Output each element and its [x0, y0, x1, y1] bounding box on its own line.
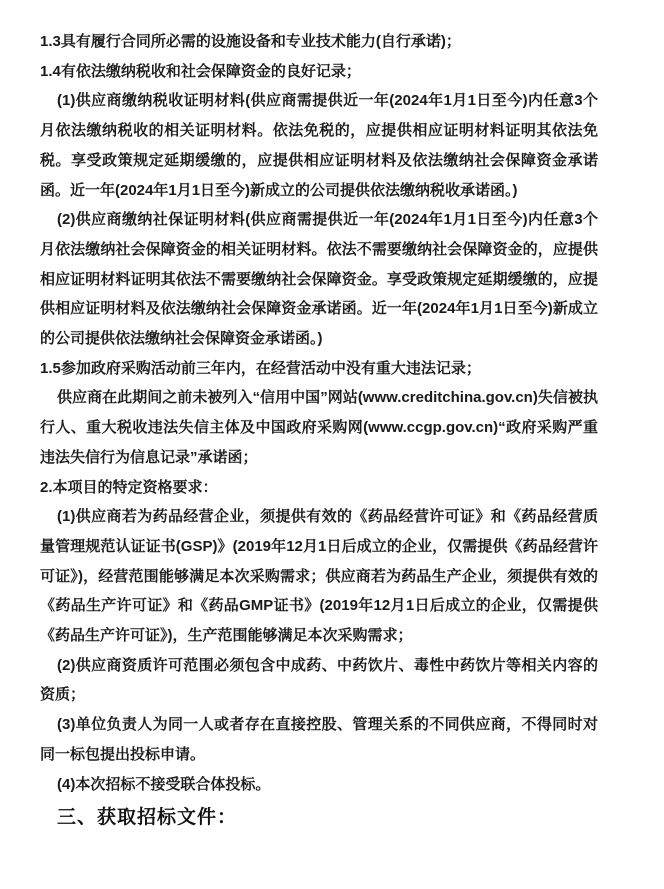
document-page: 1.3具有履行合同所必需的设施设备和专业技术能力(自行承诺)； 1.4有依法缴纳…	[0, 0, 664, 889]
clause-drug-business-license: (1)供应商若为药品经营企业，须提供有效的《药品经营许可证》和《药品经营质量管理…	[40, 502, 598, 651]
clause-credit-china-commitment: 供应商在此期间之前未被列入“信用中国”网站(www.creditchina.go…	[40, 383, 598, 472]
document-body: 1.3具有履行合同所必需的设施设备和专业技术能力(自行承诺)； 1.4有依法缴纳…	[40, 27, 598, 833]
clause-1-3-facilities: 1.3具有履行合同所必需的设施设备和专业技术能力(自行承诺)；	[40, 27, 598, 57]
clause-no-consortium: (4)本次招标不接受联合体投标。	[40, 770, 598, 800]
clause-social-security-proof: (2)供应商缴纳社保证明材料(供应商需提供近一年(2024年1月1日至今)内任意…	[40, 205, 598, 354]
section-heading-obtain-bidding-documents: 三、获取招标文件：	[40, 803, 598, 833]
clause-tax-payment-proof: (1)供应商缴纳税收证明材料(供应商需提供近一年(2024年1月1日至今)内任意…	[40, 86, 598, 205]
clause-qualification-scope: (2)供应商资质许可范围必须包含中成药、中药饮片、毒性中药饮片等相关内容的资质；	[40, 651, 598, 710]
clause-1-5-no-major-violation: 1.5参加政府采购活动前三年内，在经营活动中没有重大违法记录；	[40, 354, 598, 384]
clause-2-specific-qualification: 2.本项目的特定资格要求：	[40, 473, 598, 503]
clause-same-legal-person: (3)单位负责人为同一人或者存在直接控股、管理关系的不同供应商，不得同时对同一标…	[40, 710, 598, 769]
clause-1-4-tax-social-record: 1.4有依法缴纳税收和社会保障资金的良好记录；	[40, 57, 598, 87]
